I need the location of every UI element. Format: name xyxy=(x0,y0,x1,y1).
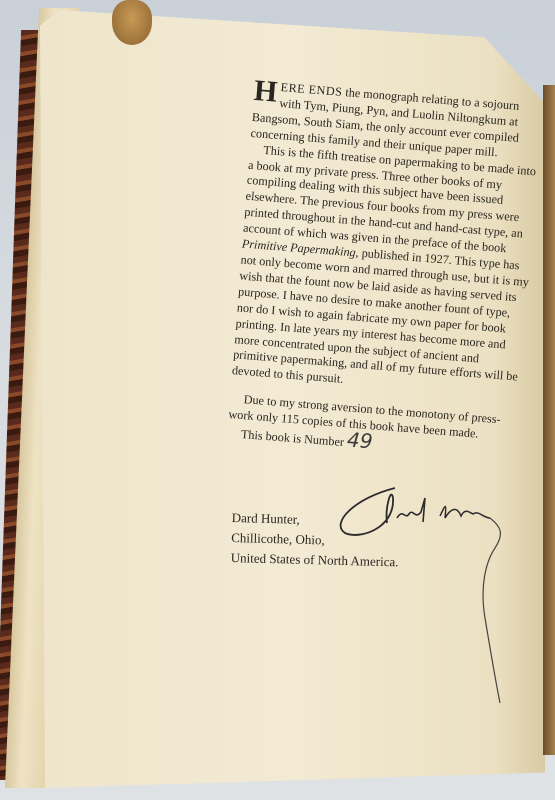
paragraph-2-text-b: , published in 1927. This type has not o… xyxy=(231,246,529,387)
handwritten-copy-number: 49 xyxy=(346,427,373,453)
hand-holding-page xyxy=(112,0,152,45)
book-photo: HERE ENDS the monograph relating to a so… xyxy=(0,0,555,800)
colophon-paragraph-2: This is the fifth treatise on papermakin… xyxy=(231,141,539,402)
drop-cap: H xyxy=(253,78,278,106)
colophon-text: HERE ENDS the monograph relating to a so… xyxy=(226,78,544,465)
handwritten-signature-icon xyxy=(335,478,520,708)
right-page-edge xyxy=(543,85,555,755)
